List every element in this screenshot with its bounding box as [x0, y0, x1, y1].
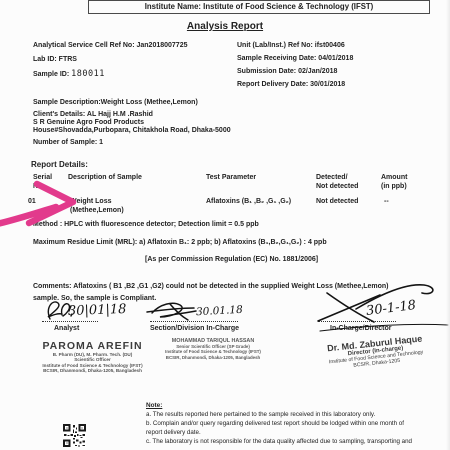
row-detected: Not detected — [316, 198, 358, 206]
row-amount: -- — [384, 198, 389, 206]
regulation-line: [As per Commission Regulation (EC) No. 1… — [145, 256, 318, 264]
col-header-detected: Detected/ — [316, 174, 348, 182]
analyst-stamp-line: BCSIR, Dhanmondi, Dhaka-1205, Bangladesh — [20, 368, 165, 373]
asc-ref-no: Analytical Service Cell Ref No: Jan20180… — [33, 42, 187, 50]
col-header-amount: Amount — [381, 174, 407, 182]
col-header-serial-2: No — [33, 183, 42, 191]
unit-ref-no: Unit (Lab/Inst.) Ref No: ifst00406 — [237, 42, 345, 50]
section-stamp-line: BCSIR, Dhanmondi, Dhaka-1205, Bangladesh — [148, 355, 278, 360]
col-header-serial: Serial — [33, 174, 52, 182]
row-test-parameter: Aflatoxins (B₁ ,B₂ ,G₁ ,G₂) — [206, 198, 291, 206]
method-line: Method : HPLC with fluorescence detector… — [33, 221, 259, 229]
sample-id-value: 180011 — [71, 69, 105, 79]
submission-date: Submission Date: 02/Jan/2018 — [237, 68, 337, 76]
col-header-detected-2: Not detected — [316, 183, 358, 191]
director-signature-line — [318, 321, 396, 322]
comments-line-1: Comments: Aflatoxins ( B1 ,B2 ,G1 ,G2) c… — [33, 283, 388, 291]
sample-receiving-date: Sample Receiving Date: 04/01/2018 — [237, 55, 353, 63]
role-director: In-Charge/Director — [330, 325, 391, 332]
row-serial: 01 — [28, 198, 36, 206]
page-title: Analysis Report — [0, 21, 450, 32]
analyst-stamp-name: PAROMA AREFIN — [20, 340, 165, 352]
notes-title: Note: — [146, 402, 162, 410]
row-description: Weight Loss — [70, 198, 111, 206]
director-stamp: Dr. Md. Zaburul Haque Director (In-charg… — [312, 332, 439, 373]
sample-id-label: Sample ID: — [33, 71, 69, 78]
col-header-description: Description of Sample — [68, 174, 142, 182]
analyst-signature-line — [42, 321, 98, 322]
client-details-line: Client's Details: AL Hajj H.M .Rashid — [33, 111, 153, 119]
note-item-b-cont: report delivery date. — [146, 429, 201, 437]
analysis-report-page: Institute Name: Institute of Food Scienc… — [0, 0, 450, 450]
row-description-2: (Methee,Lemon) — [70, 207, 124, 215]
comments-line-2: sample. So, the sample is Compliant. — [33, 295, 156, 303]
director-signature-date: 30-1-18 — [365, 298, 417, 319]
client-details-line: S R Genuine Agro Food Products — [33, 119, 144, 127]
col-header-test-parameter: Test Parameter — [206, 174, 256, 182]
note-item-b: b. Complain and/or query regarding deliv… — [146, 420, 404, 428]
analyst-signature-date: 30|01|18 — [68, 302, 127, 319]
lab-id: Lab ID: FTRS — [33, 56, 77, 64]
institute-name-box: Institute Name: Institute of Food Scienc… — [88, 0, 430, 14]
report-delivery-date: Report Delivery Date: 30/01/2018 — [237, 81, 345, 89]
section-stamp-line: Institute of Food Science & Technology (… — [148, 349, 278, 354]
section-incharge-signature-date: 30.01.18 — [196, 304, 243, 318]
section-incharge-stamp: MOHAMMAD TARIQUL HASSAN Senior Scientifi… — [148, 338, 278, 360]
number-of-sample: Number of Sample: 1 — [33, 139, 103, 147]
note-item-a: a. The results reported here pertained t… — [146, 411, 375, 419]
sample-id: Sample ID: 180011 — [33, 70, 105, 79]
report-details-title: Report Details: — [31, 160, 88, 169]
qr-code — [63, 424, 86, 447]
analyst-stamp: PAROMA AREFIN B. Pharm (DU), M. Pharm. T… — [20, 340, 165, 374]
sample-description: Sample Description:Weight Loss (Methee,L… — [33, 99, 198, 107]
section-incharge-signature-ink — [147, 303, 196, 320]
col-header-amount-2: (in ppb) — [381, 183, 407, 191]
mrl-line: Maximum Residue Limit (MRL): a) Aflatoxi… — [33, 239, 327, 247]
note-item-c: c. The laboratory is not responsible for… — [146, 438, 412, 446]
client-details-line: House#Shovadda,Purbopara, Chitakhola Roa… — [33, 127, 231, 135]
role-section-incharge: Section/Division In-Charge — [150, 325, 239, 332]
role-analyst: Analyst — [54, 325, 79, 332]
section-incharge-signature-line — [150, 321, 238, 322]
